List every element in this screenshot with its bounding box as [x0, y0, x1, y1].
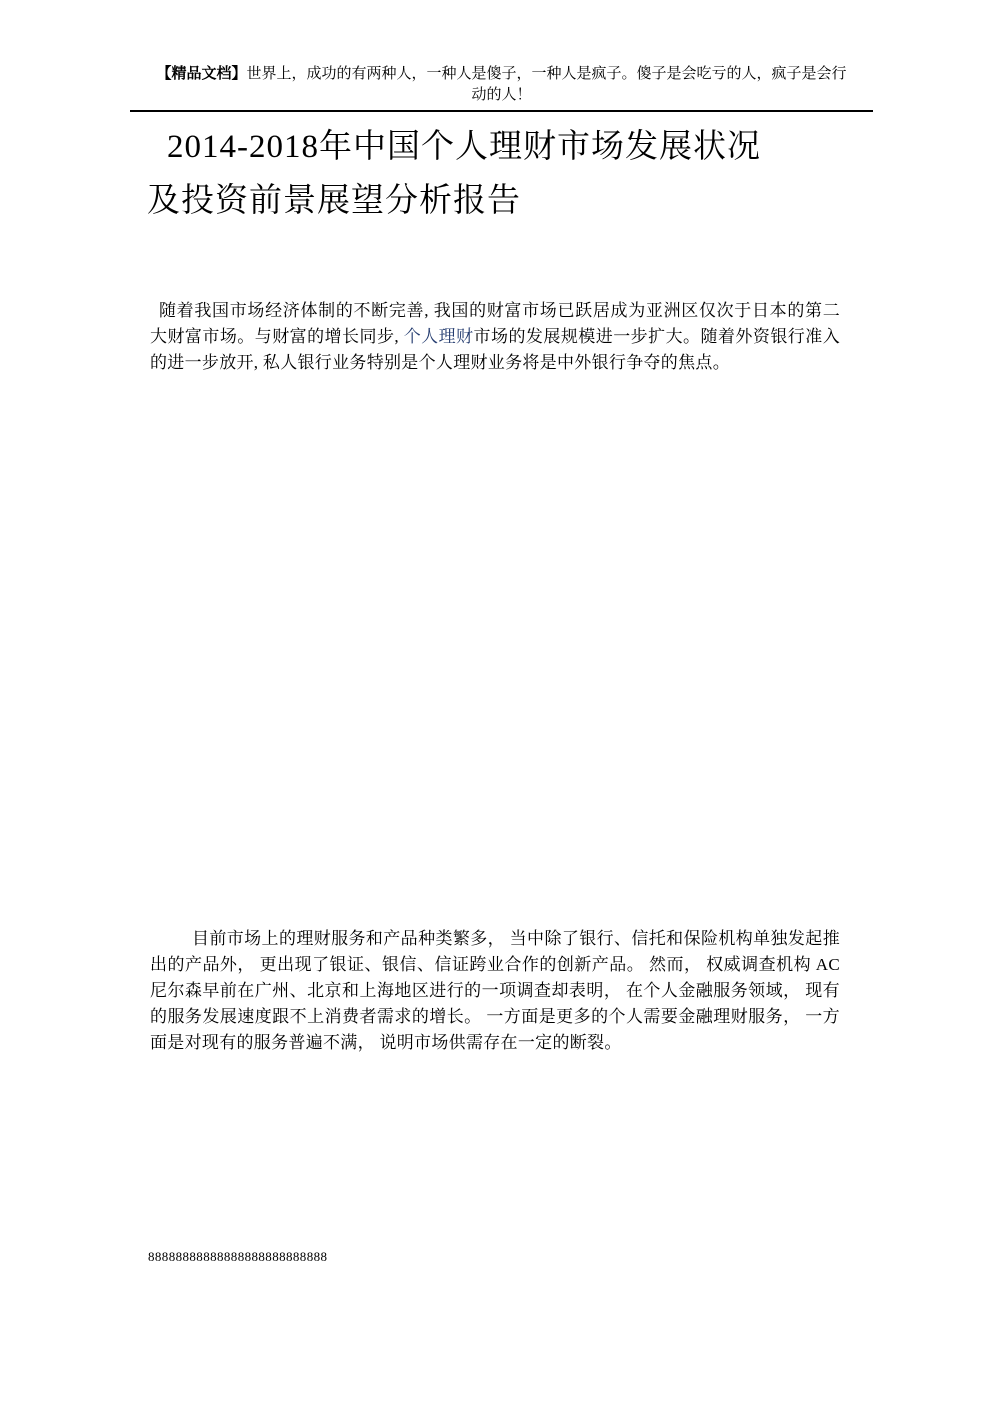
report-title-line2: 及投资前景展望分析报告 [147, 174, 833, 228]
header-badge: 【精品文档】 [156, 65, 246, 82]
header-tagline-line1: 世界上，成功的有两种人，一种人是傻子，一种人是疯子。傻子是会吃亏的人，疯子是会行 [247, 65, 847, 82]
blank-region [0, 376, 993, 926]
header-tagline-line2: 动的人！ [471, 86, 531, 103]
report-title: 2014-2018年中国个人理财市场发展状况 及投资前景展望分析报告 [147, 120, 833, 228]
footer-digits: 88888888888888888888888888 [148, 1249, 993, 1265]
header-divider-line [130, 110, 873, 112]
body-paragraph: 目前市场上的理财服务和产品种类繁多， 当中除了银行、信托和保险机构单独发起推出的… [150, 926, 840, 1056]
intro-paragraph: 随着我国市场经济体制的不断完善, 我国的财富市场已跃居成为亚洲区仅次于日本的第二… [150, 298, 840, 376]
personal-finance-link[interactable]: 个人理财 [404, 327, 474, 346]
report-title-line1: 2014-2018年中国个人理财市场发展状况 [147, 120, 833, 174]
document-page: 【精品文档】世界上，成功的有两种人，一种人是傻子，一种人是疯子。傻子是会吃亏的人… [0, 0, 993, 1404]
header-notice: 【精品文档】世界上，成功的有两种人，一种人是傻子，一种人是疯子。傻子是会吃亏的人… [130, 0, 873, 105]
